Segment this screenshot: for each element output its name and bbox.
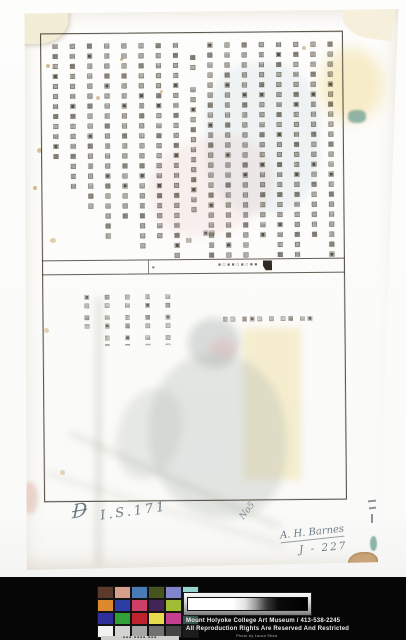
text-column: ▦▣▥▤▧▨▦▥▤▣▦▧▥▨▤▦▥ [85,42,95,260]
colophon-strip: ▪▫▪▪▫▪▫▪▪ ▪ [42,258,345,276]
credit-column: ▤▦ ▣▥ ▨▤ [164,293,171,345]
credit-column: ▥▣ ▦▨ ▤▥ [144,293,151,345]
color-patch [98,600,113,611]
color-patch [149,613,164,624]
pencil-monogram: D [72,498,88,523]
text-column: ▧▤▦▥▨▤▣▦▥▧▤▦▨▥▤ [68,42,78,260]
grayscale-ramp-plate [183,592,312,616]
text-column: ▥▤▨▦▣▧▥▤▦▨▧▣▥▤▦▥▨▧▤▦▣▥▤▦ [223,41,233,259]
color-patch [132,600,147,611]
color-patch [98,613,113,624]
text-column: ▦▥ ▤▨▣▥▦▧▤▥▨▦▣▤▥ [189,41,199,259]
text-column: ▥▧▦▤▨▣▥▦▧▤▥▨▦▣▤▧▥▦▨▤▥ [137,41,147,259]
museum-credit-line1: Mount Holyoke College Art Museum / 413-5… [186,618,340,624]
credit-column: ▣▨ ▦▤ [83,294,90,346]
print-paper-sheet: ▦▤▨▥▣▧▦▤▥▨▦▧▤▣▥▦▨▤▧▥▦▣▥▨▤▦▧▣▥▤▨▦▥▧▣▤▦▥▨▧… [20,8,400,570]
color-patch [115,613,130,624]
text-column: ▨▤▥▦▧▥▣▨▤▦▥▧▦▤▣▥▨▦ [120,42,130,260]
colophon-strip-text: ▪▫▪▪▫▪▫▪▪ [218,262,259,267]
colorchecker-caption: ▪▪▪ ▪▪▪▪ ▪▪▪ [101,636,179,640]
text-column: ▨▥▤▧▦▣▥▨▤▦▧▥▣▤▨▦▥▧▤▣ [257,40,267,258]
kanji-text-block: ▦▤▨▥▣▧▦▤▥▨▦▧▤▣▥▦▨▤▧▥▦▣▥▨▤▦▧▣▥▤▨▦▥▧▣▤▦▥▨▧… [51,40,336,260]
text-column: ▤▦▧▥▣▨▤▦▥▧▦▣▥▤▨▦▧▥▤▦▣▨ [171,41,181,259]
color-patch [98,587,113,598]
text-column: ▣▦▤▥▧▨▦▤▣▥▦▧▨▤▥▦▣▧▤▨▥▦▤ [206,41,216,259]
publisher-credit-block: ▤▦ ▣▥ ▨▤▥▣ ▦▨ ▤▥▨▤ ▥▦ ▣▨▦▥ ▤▣ ▥▦▣▨ ▦▤ [83,293,171,346]
green-mark-bottom-right [370,536,377,551]
colophon-black-tab [263,260,272,270]
text-column: ▦▥▤▨▧▦▣▥▤▦▨▥▧▤▣▦▥▨▤▧ [154,41,164,259]
color-patch [149,600,164,611]
text-column: ▥▨▤▦▧▣▥▤▨▦▥▧▣▤▦▥▨▧▤▦ [309,40,319,258]
censor-date-row: ▥▤ ▦▣▤ ▨ ▥▦ ▤▣ [222,315,322,323]
color-patch [115,600,130,611]
printed-border-frame: ▦▤▨▥▣▧▦▤▥▨▦▧▤▣▥▦▨▤▧▥▦▣▥▨▤▦▧▣▥▤▨▦▥▧▣▤▦▥▨▧… [40,31,347,503]
text-column: ▤▦▥▣▨▧▤▦▥▤▣▦ [51,42,61,260]
rights-line: All Reproduction Rights Are Reserved And… [186,626,349,632]
color-patch [166,613,181,624]
color-patch [149,587,164,598]
color-patch [132,613,147,624]
green-smudge-right [348,110,366,123]
colophon-divider-tick [148,260,149,273]
text-column: ▧▦▥▤▨▦▣▥▧▤▦▨▥▣▧▦▤▥▨▦▧▤▥ [292,40,302,258]
photographer-credit: Photo by Laura Shea [236,633,277,638]
text-column: ▦▧▥▨▤▣▦▥▧▨▤▥▦▣▧▤▨▥▦▧▤▥▨ [240,41,250,259]
color-patch [132,587,147,598]
colophon-side-glyph: ▪ [152,264,155,269]
section-mark: ▣▥ [203,229,215,237]
tear-bottom-right [348,552,378,574]
pencil-tally-mark [371,514,373,523]
foxing-spot [33,186,37,190]
color-patch [115,587,130,598]
credit-column: ▨▤ ▥▦ ▣▨ [124,294,131,346]
text-column: ▤▣▦▥▧▨▤▦▥▣▨▧▦▤▥▦▧▨▣▤▥▦ [274,40,284,258]
grayscale-ramp [187,597,308,611]
credit-column: ▦▥ ▤▣ ▥▦ [103,294,110,346]
section-mark: ▤ [186,236,192,244]
corner-patch-top-right [340,0,397,41]
color-patch [166,600,181,611]
text-column: ▦▤▨▥▣▧▦▤▥▨▦▧▤▣▥▦▨▤▧▥▦▣ [326,40,336,258]
color-patch [166,587,181,598]
text-column: ▤▥▨▦▣▧▤▥▦▨▥▤▧▣▦▥▤▨▦▥ [103,42,113,260]
photo-board: ▪▪▪ ▪▪▪▪ ▪▪▪ Mount Holyoke College Art M… [0,577,406,640]
stain-left-pink [22,482,38,514]
photographed-print-verso: ▦▤▨▥▣▧▦▤▥▨▦▧▤▣▥▦▨▤▧▥▦▣▥▨▤▦▧▣▥▤▨▦▥▧▣▤▦▥▨▧… [0,0,406,640]
